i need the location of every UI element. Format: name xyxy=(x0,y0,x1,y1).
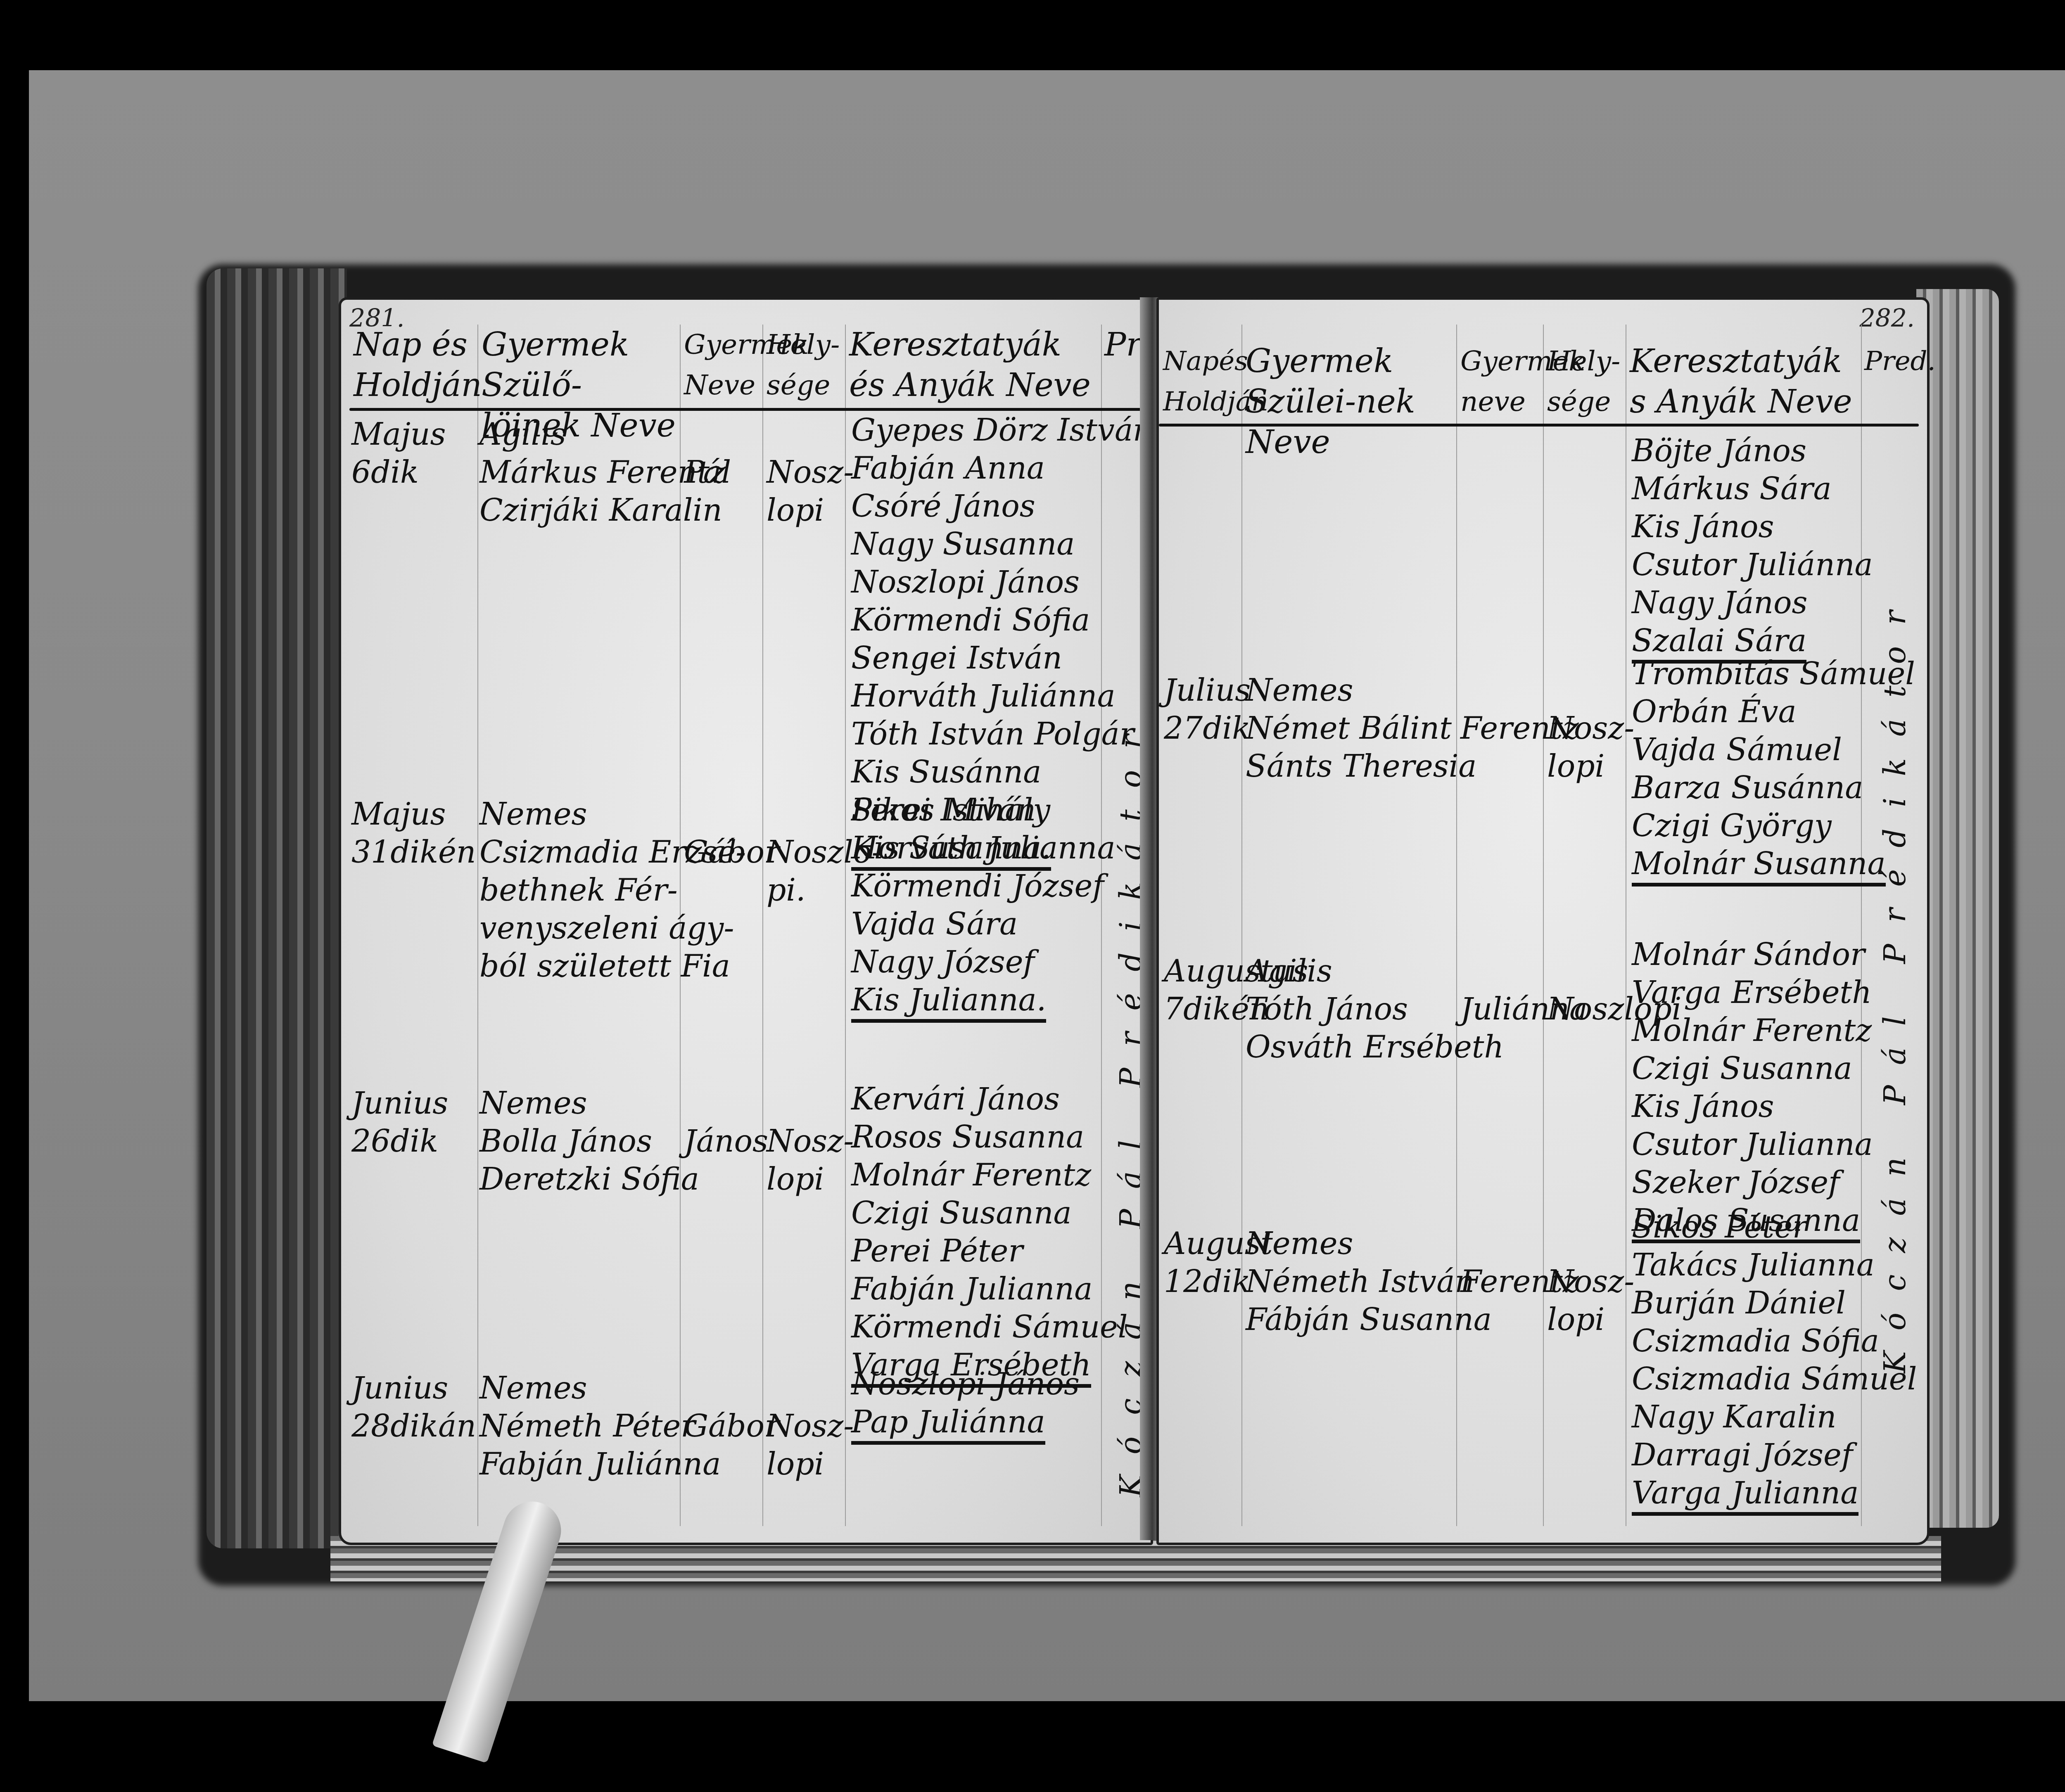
entry-godparents-line: Horváth Julianna xyxy=(851,829,1116,867)
entry-godparents-line: Varga Ersébeth xyxy=(1632,974,1873,1012)
entry-parents: NemesNémeth IstvánFábján Susanna xyxy=(1246,1225,1492,1339)
entry-child-line: Gábor xyxy=(684,1407,779,1445)
entry-godparents: Molnár SándorVarga ErsébethMolnár Ferent… xyxy=(1632,936,1873,1243)
entry-godparents-line: Molnár Susanna xyxy=(1632,845,1886,887)
entry-parents: NemesBolla JánosDeretzki Sófia xyxy=(479,1084,699,1198)
carryover-godparent: Böjte János xyxy=(1632,432,1873,470)
entry-godparents-line: Csóré János xyxy=(851,487,1153,525)
entry-godparents-line: Csizmadia Sófia xyxy=(1632,1322,1917,1360)
entry-godparents-line: Molnár Ferentz xyxy=(851,1156,1128,1194)
entry-date-line: 6dik xyxy=(351,453,446,491)
entry-godparents-line: Kis Julianna. xyxy=(851,981,1046,1023)
header-preacher: Pred. xyxy=(1864,341,1922,382)
entry-godparents: Noszlopi JánosPap Juliánna xyxy=(851,1365,1080,1445)
entry-child: Gábor xyxy=(684,1407,779,1445)
entry-place-line: Nosz- xyxy=(1547,1263,1634,1301)
header-rule xyxy=(349,408,1142,411)
column-divider xyxy=(1543,325,1544,1526)
entry-godparents-line: Takács Julianna xyxy=(1632,1246,1917,1284)
entry-date: Majus6dik xyxy=(351,415,446,491)
entry-godparents-line: Csizmadia Sámuel xyxy=(1632,1360,1917,1398)
entry-date: Majus31dikén xyxy=(351,795,476,871)
entry-place-line: Nosz- xyxy=(767,1122,854,1160)
entry-godparents-line: Fabján Anna xyxy=(851,449,1153,487)
entry-godparents-line: Barza Susánna xyxy=(1632,769,1915,807)
header-godparents: Keresztatyák s Anyák Neve xyxy=(1630,341,1857,422)
column-divider xyxy=(762,325,763,1526)
entry-parents-line: Agilis xyxy=(479,415,726,453)
entry-child-line: Gábor xyxy=(684,833,779,871)
entry-child: Pál xyxy=(684,453,731,491)
entry-parents-line: Osváth Ersébeth xyxy=(1246,1028,1504,1066)
entry-godparents-line: Fabján Julianna xyxy=(851,1270,1128,1308)
entry-godparents-line: Tóth István Polgár xyxy=(851,715,1153,753)
entry-godparents-line: Csutor Julianna xyxy=(1632,1126,1873,1164)
entry-parents-line: Fábján Susanna xyxy=(1246,1301,1492,1339)
entry-godparents-line: Trombitás Sámuel xyxy=(1632,655,1915,693)
entry-date-line: Julius xyxy=(1164,671,1251,709)
entry-parents-line: venyszeleni ágy- xyxy=(479,909,746,947)
entry-godparents-line: Noszlopi János xyxy=(851,563,1153,601)
entry-godparents-line: Czigi György xyxy=(1632,807,1915,845)
entry-date-line: Majus xyxy=(351,795,476,833)
entry-godparents-line: Körmendi Sámuel xyxy=(851,1308,1128,1346)
left-page: 281. Nap és Holdján Gyermek Szülő-löinek… xyxy=(339,297,1153,1545)
header-date: Napés Holdján xyxy=(1163,341,1239,422)
entry-godparents-line: Perei István xyxy=(851,791,1116,829)
entry-date-line: 27dik xyxy=(1164,709,1251,747)
entry-godparents-line: Czigi Susanna xyxy=(851,1194,1128,1232)
entry-parents-line: Agilis xyxy=(1246,952,1504,990)
entry-place: Nosz-lopi xyxy=(767,1407,854,1483)
entry-parents: NemesNémet BálintSánts Theresia xyxy=(1246,671,1476,785)
entry-godparents-line: Molnár Sándor xyxy=(1632,936,1873,974)
entry-godparents-line: Varga Julianna xyxy=(1632,1474,1858,1516)
entry-godparents-line: Pap Juliánna xyxy=(851,1403,1045,1445)
entry-godparents-line: Perei Péter xyxy=(851,1232,1128,1270)
column-divider xyxy=(1626,325,1626,1526)
right-page: 282. Napés Holdján Gyermek Szülei-nek Ne… xyxy=(1156,297,1930,1545)
entry-godparents-line: Kervári János xyxy=(851,1080,1128,1118)
entry-parents: NemesCsizmadia Erzsé-bethnek Fér-venysze… xyxy=(479,795,746,985)
carryover-godparent: Csutor Juliánna xyxy=(1632,546,1873,584)
entry-parents-line: bethnek Fér- xyxy=(479,871,746,909)
header-place: Hely-sége xyxy=(1547,341,1624,422)
entry-place: Nosz-lopi xyxy=(1547,1263,1634,1339)
entry-godparents-line: Gyepes Dörz István xyxy=(851,411,1153,449)
entry-godparents-line: Nagy Karalin xyxy=(1632,1398,1917,1436)
entry-parents-line: Sánts Theresia xyxy=(1246,747,1476,785)
entry-godparents-line: Orbán Éva xyxy=(1632,693,1915,731)
entry-place: Nosz-lopi xyxy=(767,453,854,529)
entry-date: Junius26dik xyxy=(351,1084,448,1160)
entry-godparents-line: Burján Dániel xyxy=(1632,1284,1917,1322)
entry-godparents-line: Noszlopi János xyxy=(851,1365,1080,1403)
entry-place-line: Nosz- xyxy=(767,453,854,491)
entry-date-line: Junius xyxy=(351,1369,476,1407)
carryover-godparents: Böjte JánosMárkus SáraKis JánosCsutor Ju… xyxy=(1632,432,1873,664)
entry-parents-line: Nemes xyxy=(479,795,746,833)
header-parents: Gyermek Szülei-nek Neve xyxy=(1246,341,1452,462)
entry-parents-line: Fabján Juliánna xyxy=(479,1445,721,1483)
entry-place: Nosz-lopi xyxy=(1547,709,1634,785)
entry-godparents-line: Vajda Sámuel xyxy=(1632,731,1915,769)
entry-date-line: 28dikán xyxy=(351,1407,476,1445)
entry-place-line: lopi xyxy=(767,491,854,529)
book-left-page-stack xyxy=(206,268,347,1548)
column-divider xyxy=(1241,325,1242,1526)
entry-parents-line: ból született Fia xyxy=(479,947,746,985)
carryover-godparent: Márkus Sára xyxy=(1632,470,1873,508)
entry-godparents: Sikos PéterTakács JuliannaBurján DánielC… xyxy=(1632,1208,1917,1516)
entry-date-line: Junius xyxy=(351,1084,448,1122)
entry-godparents-line: Kis Susánna xyxy=(851,753,1153,791)
entry-godparents: Trombitás SámuelOrbán ÉvaVajda SámuelBar… xyxy=(1632,655,1915,887)
entry-place-line: lopi xyxy=(1547,1301,1634,1339)
entry-parents-line: Nemes xyxy=(1246,1225,1492,1263)
header-preacher: Pr. xyxy=(1104,325,1146,365)
entry-child: János xyxy=(684,1122,768,1160)
header-place: Hely-sége xyxy=(767,325,843,405)
entry-child: Gábor xyxy=(684,833,779,871)
entry-parents-line: Czirjáki Karalin xyxy=(479,491,726,529)
entry-godparents-line: Vajda Sára xyxy=(851,905,1116,943)
entry-date: Junius28dikán xyxy=(351,1369,476,1445)
entry-godparents-line: Szeker József xyxy=(1632,1164,1873,1202)
entry-child-line: János xyxy=(684,1122,768,1160)
entry-parents-line: Bolla János xyxy=(479,1122,699,1160)
entry-place: Nosz-lopi xyxy=(767,1122,854,1198)
entry-godparents: Kervári JánosRosos SusannaMolnár Ferentz… xyxy=(851,1080,1128,1388)
entry-child-line: Pál xyxy=(684,453,731,491)
entry-godparents-line: Molnár Ferentz xyxy=(1632,1012,1873,1050)
entry-parents-line: Deretzki Sófia xyxy=(479,1160,699,1198)
entry-parents-line: Nemes xyxy=(1246,671,1476,709)
entry-parents-line: Német Bálint xyxy=(1246,709,1476,747)
column-divider xyxy=(477,325,478,1526)
entry-godparents-line: Nagy József xyxy=(851,943,1116,981)
entry-godparents-line: Nagy Susanna xyxy=(851,525,1153,563)
entry-godparents-line: Körmendi Sófia xyxy=(851,601,1153,639)
entry-godparents-line: Kis János xyxy=(1632,1088,1873,1126)
header-godparents: Keresztatyák és Anyák Neve xyxy=(849,325,1097,405)
header-child: Gyermek Neve xyxy=(684,325,760,405)
entry-place-line: Nosz- xyxy=(767,1407,854,1445)
entry-place-line: Nosz- xyxy=(1547,709,1634,747)
entry-parents-line: Nemes xyxy=(479,1369,721,1407)
entry-godparents-line: Czigi Susanna xyxy=(1632,1050,1873,1088)
entry-godparents-line: Körmendi József xyxy=(851,867,1116,905)
entry-parents-line: Németh István xyxy=(1246,1263,1492,1301)
entry-godparents-line: Horváth Juliánna xyxy=(851,677,1153,715)
entry-godparents-line: Rosos Susanna xyxy=(851,1118,1128,1156)
column-divider xyxy=(1456,325,1457,1526)
entry-place-line: lopi xyxy=(1547,747,1634,785)
header-rule xyxy=(1159,424,1919,427)
header-date: Nap és Holdján xyxy=(354,325,473,405)
header-child: Gyermek neve xyxy=(1460,341,1541,422)
entry-date-line: 31dikén xyxy=(351,833,476,871)
entry-godparents-line: Sengei István xyxy=(851,639,1153,677)
entry-place-line: lopi xyxy=(767,1160,854,1198)
entry-godparents-line: Sikos Péter xyxy=(1632,1208,1917,1246)
page-number: 282. xyxy=(1859,304,1915,333)
entry-place-line: lopi xyxy=(767,1445,854,1483)
entry-date-line: Majus xyxy=(351,415,446,453)
carryover-godparent: Kis János xyxy=(1632,508,1873,546)
entry-godparents: Perei IstvánHorváth JuliannaKörmendi Józ… xyxy=(851,791,1116,1023)
carryover-godparent: Nagy János xyxy=(1632,584,1873,622)
entry-date-line: 26dik xyxy=(351,1122,448,1160)
entry-parents-line: Nemes xyxy=(479,1084,699,1122)
entry-godparents-line: Darragi József xyxy=(1632,1436,1917,1474)
entry-date: Julius27dik xyxy=(1164,671,1251,747)
